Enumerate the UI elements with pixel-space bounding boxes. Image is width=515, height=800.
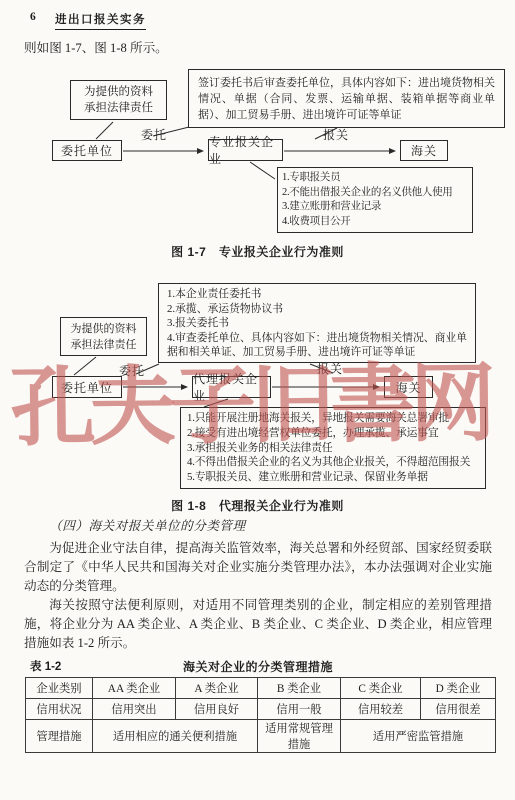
body-paragraph: 为促进企业守法自律，提高海关监管效率，海关总署和外经贸部、国家经贸委联合制定了《… — [24, 539, 492, 596]
fig1-edge-declare-label: 报关 — [323, 126, 349, 143]
cell-credit-d: 信用很差 — [421, 699, 496, 720]
cell-measure-strict: 适用严密监管措施 — [341, 720, 496, 753]
cell-credit-aa: 信用突出 — [93, 699, 176, 720]
fig2-node-customs: 海关 — [384, 376, 433, 398]
intro-paragraph: 则如图 1-7、图 1-8 所示。 — [24, 37, 492, 56]
classification-table: 企业类别 AA 类企业 A 类企业 B 类企业 C 类企业 D 类企业 信用状况… — [25, 677, 496, 753]
fig2-caption: 图 1-8 代理报关企业行为准则 — [0, 497, 515, 514]
fig1-caption: 图 1-7 专业报关企业行为准则 — [0, 243, 515, 260]
fig1-node-customs: 海关 — [400, 140, 448, 161]
fig2-bottom-note: 1.只能开展注册地海关报关，异地报关需要海关总署审批 2.接受有进出境经营权单位… — [180, 407, 486, 489]
running-head-title: 进出口报关实务 — [55, 11, 146, 30]
page-number: 6 — [30, 11, 36, 23]
book-page: 6 进出口报关实务 则如图 1-7、图 1-8 所示。 签订委托书后审查委托单位… — [0, 0, 515, 800]
cell-category-a: A 类企业 — [176, 678, 258, 699]
table-caption-row: 表 1-2 海关对企业的分类管理措施 — [24, 658, 492, 673]
fig2-node-broker: 代理报关企业 — [192, 376, 271, 398]
fig2-top-note: 1.本企业责任委托书 2.承揽、承运货物协议书 3.报关委托书 4.审查委托单位… — [158, 283, 476, 363]
fig1-edge-entrust-label: 委托 — [141, 126, 167, 143]
fig2-edge-declare-label: 报关 — [317, 360, 343, 377]
fig1-left-note: 为提供的资料 承担法律责任 — [70, 80, 167, 120]
table-row: 企业类别 AA 类企业 A 类企业 B 类企业 C 类企业 D 类企业 — [26, 678, 496, 699]
cell-measure-convenient: 适用相应的通关便利措施 — [93, 720, 258, 753]
cell-credit-header: 信用状况 — [26, 699, 93, 720]
fig2-node-client: 委托单位 — [52, 376, 122, 398]
connector-line — [74, 357, 96, 375]
table-row: 信用状况 信用突出 信用良好 信用一般 信用较差 信用很差 — [26, 699, 496, 720]
fig1-node-broker: 专业报关企业 — [208, 139, 283, 161]
table-label: 表 1-2 — [30, 658, 61, 674]
cell-category-b: B 类企业 — [258, 678, 341, 699]
cell-category-c: C 类企业 — [341, 678, 421, 699]
body-paragraph: 海关按照守法便利原则，对适用不同管理类别的企业，制定相应的差别管理措施，将企业分… — [24, 596, 492, 653]
cell-credit-a: 信用良好 — [176, 699, 258, 720]
cell-measure-header: 管理措施 — [26, 720, 93, 753]
section-classified-management: （四）海关对报关单位的分类管理 为促进企业守法自律，提高海关监管效率，海关总署和… — [24, 517, 492, 653]
cell-category-header: 企业类别 — [26, 678, 93, 699]
cell-credit-c: 信用较差 — [341, 699, 421, 720]
fig2-edge-entrust-label: 委托 — [119, 362, 145, 379]
fig1-top-note: 签订委托书后审查委托单位，具体内容如下：进出境货物相关情况、单据（合同、发票、运… — [188, 69, 505, 128]
cell-category-aa: AA 类企业 — [93, 678, 176, 699]
section-heading: （四）海关对报关单位的分类管理 — [24, 517, 492, 536]
fig2-left-note: 为提供的资料 承担法律责任 — [60, 317, 147, 356]
cell-measure-regular: 适用常规管理措施 — [258, 720, 341, 753]
cell-category-d: D 类企业 — [421, 678, 496, 699]
fig1-node-client: 委托单位 — [52, 140, 122, 161]
fig1-bottom-note: 1.专职报关员 2.不能出借报关企业的名义供他人使用 3.建立账册和营业记录 4… — [277, 167, 473, 233]
table-row: 管理措施 适用相应的通关便利措施 适用常规管理措施 适用严密监管措施 — [26, 720, 496, 753]
cell-credit-b: 信用一般 — [258, 699, 341, 720]
table-title: 海关对企业的分类管理措施 — [24, 658, 492, 675]
connector-line — [96, 122, 113, 139]
